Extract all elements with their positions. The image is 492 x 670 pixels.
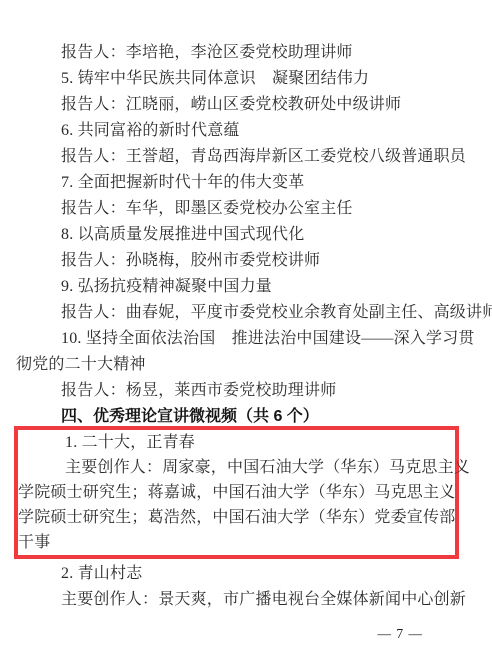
document-body: 报告人：李培艳，李沧区委党校助理讲师 5. 铸牢中华民族共同体意识 凝聚团结伟力… (0, 0, 492, 613)
item-title-2: 2. 青山村志 (16, 561, 468, 587)
item-title-7: 7. 全面把握新时代十年的伟大变革 (16, 170, 468, 196)
reporter-line: 报告人：杨昱，莱西市委党校助理讲师 (16, 378, 468, 404)
item-title-8: 8. 以高质量发展推进中国式现代化 (16, 222, 468, 248)
creator-line-continued: 学院硕士研究生；葛浩然，中国石油大学（华东）党委宣传部 (18, 505, 455, 530)
reporter-line: 报告人：车华，即墨区委党校办公室主任 (16, 196, 468, 222)
reporter-line: 报告人：孙晓梅，胶州市委党校讲师 (16, 248, 468, 274)
document-page: 报告人：李培艳，李沧区委党校助理讲师 5. 铸牢中华民族共同体意识 凝聚团结伟力… (0, 0, 492, 670)
reporter-line: 报告人：王誉超，青岛西海岸新区工委党校八级普通职员 (16, 144, 468, 170)
creator-line: 主要创作人：景天爽，市广播电视台全媒体新闻中心创新 (16, 587, 468, 613)
reporter-line: 报告人：李培艳，李沧区委党校助理讲师 (16, 40, 468, 66)
reporter-line: 报告人：江晓丽，崂山区委党校教研处中级讲师 (16, 92, 468, 118)
creator-line-continued: 学院硕士研究生；蒋嘉诚，中国石油大学（华东）马克思主义 (18, 480, 455, 505)
creator-line: 主要创作人：周家豪，中国石油大学（华东）马克思主义 (18, 455, 455, 480)
creator-line-continued: 干事 (18, 530, 455, 555)
reporter-line: 报告人：曲春妮，平度市委党校业余教育处副主任、高级讲师 (16, 300, 468, 326)
highlight-box: 1. 二十大，正青春 主要创作人：周家豪，中国石油大学（华东）马克思主义 学院硕… (14, 426, 459, 559)
item-title-10-continued: 彻党的二十大精神 (16, 352, 468, 378)
item-title-6: 6. 共同富裕的新时代意蕴 (16, 118, 468, 144)
item-title-10: 10. 坚持全面依法治国 推进法治中国建设——深入学习贯 (16, 326, 468, 352)
item-title-1: 1. 二十大，正青春 (18, 430, 455, 455)
item-title-5: 5. 铸牢中华民族共同体意识 凝聚团结伟力 (16, 66, 468, 92)
page-number: — 7 — (378, 626, 424, 642)
item-title-9: 9. 弘扬抗疫精神凝聚中国力量 (16, 274, 468, 300)
